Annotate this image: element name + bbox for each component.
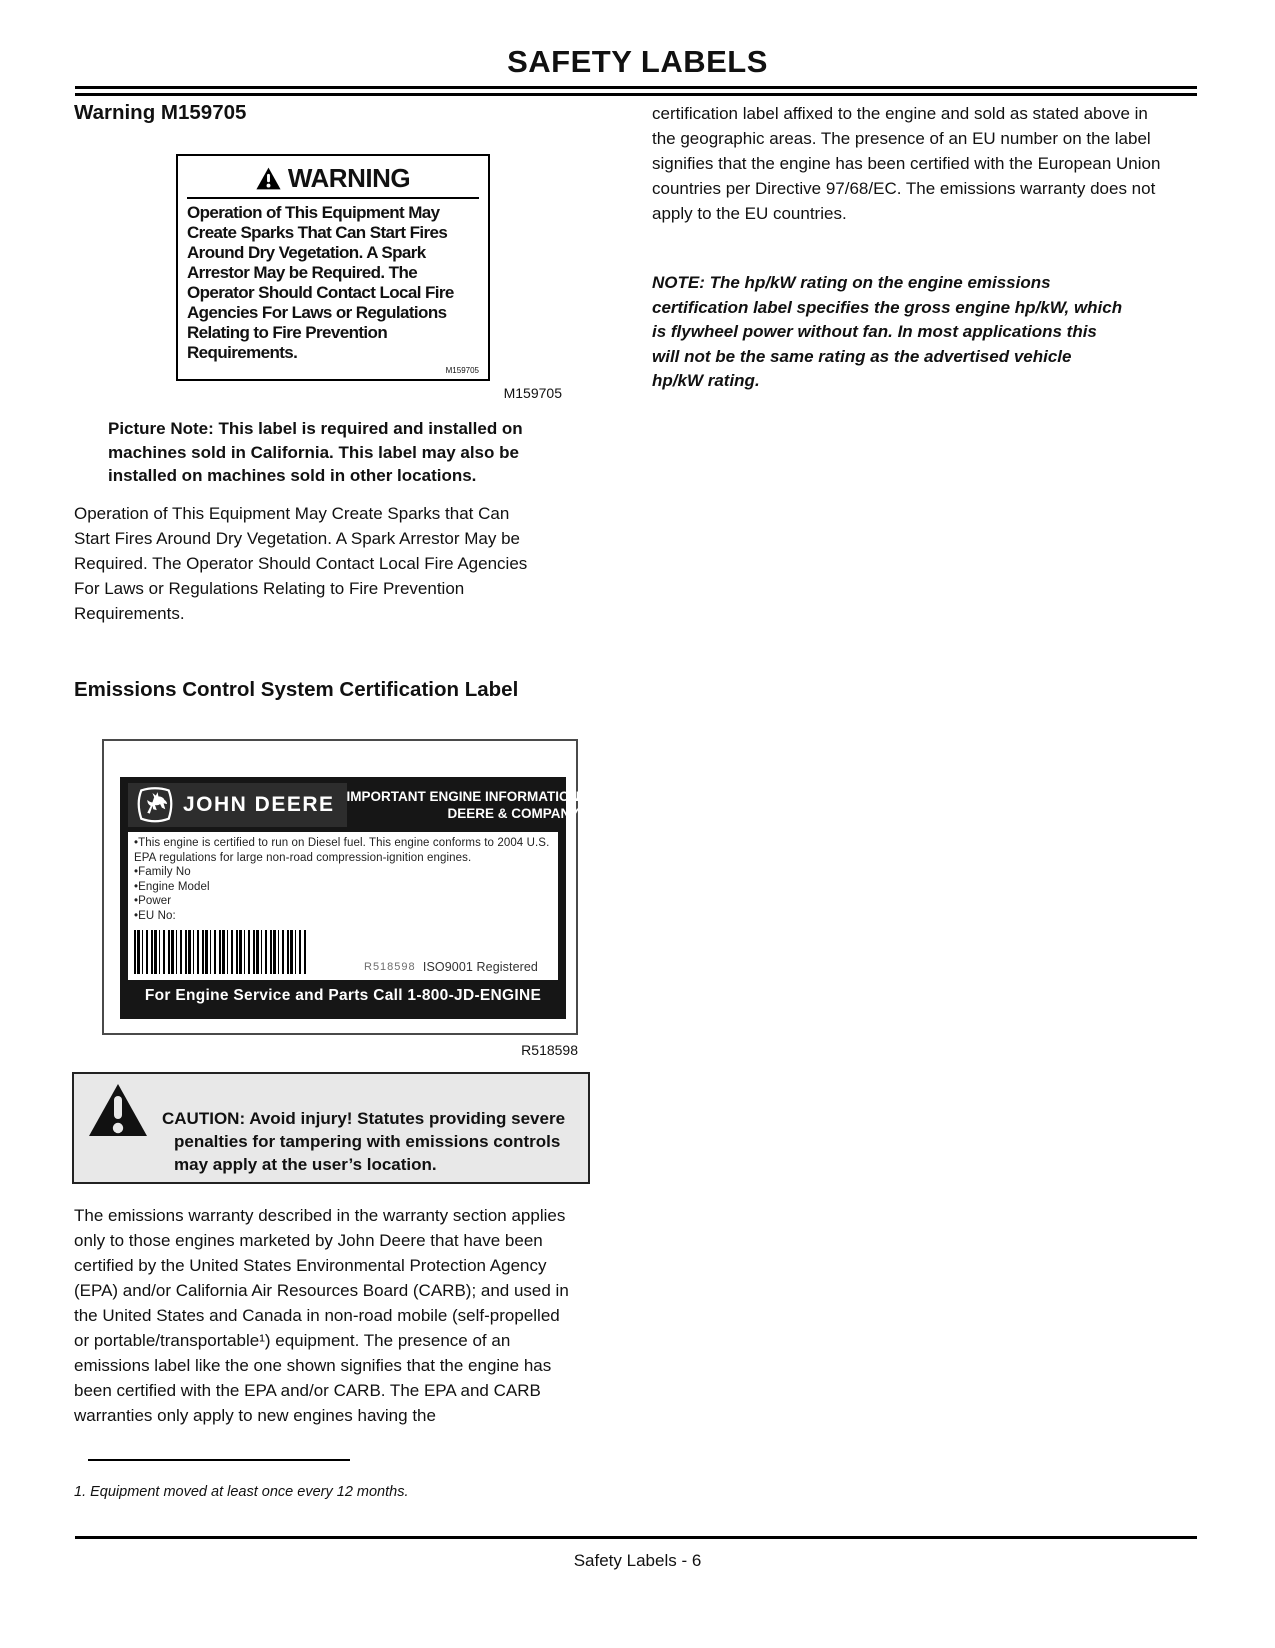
section-heading-warning: Warning M159705 [74, 101, 246, 125]
eu-no-line: •EU No: [134, 909, 552, 924]
warning-label-text: Operation of This Equipment May Create S… [187, 203, 479, 363]
certification-label-figure: JOHN DEERE IMPORTANT ENGINE INFORMATION … [102, 739, 578, 1035]
engine-service-line: For Engine Service and Parts Call 1-800-… [120, 980, 566, 1019]
footnote: 1. Equipment moved at least once every 1… [74, 1484, 409, 1500]
footer-rule [75, 1536, 1197, 1539]
page-footer: Safety Labels - 6 [0, 1551, 1275, 1571]
emissions-warranty-paragraph: The emissions warranty described in the … [74, 1203, 579, 1428]
caution-box: CAUTION: Avoid injury! Statutes providin… [72, 1072, 590, 1184]
figure-caption: M159705 [176, 385, 562, 401]
caution-triangle-icon [88, 1083, 148, 1137]
label-code-text: R518598 [364, 960, 416, 975]
figure-caption: R518598 [102, 1042, 578, 1058]
deere-company-line: DEERE & COMPANY [347, 805, 580, 822]
page-title: SAFETY LABELS [0, 44, 1275, 80]
picture-note: Picture Note: This label is required and… [108, 417, 588, 488]
power-line: •Power [134, 894, 552, 909]
engine-model-line: •Engine Model [134, 880, 552, 895]
warning-label-part-number: M159705 [187, 366, 479, 375]
footnote-rule [88, 1459, 350, 1461]
certification-paragraph: certification label affixed to the engin… [652, 101, 1174, 226]
warning-signal-word: WARNING [288, 163, 410, 194]
john-deere-deer-icon [136, 787, 174, 823]
important-engine-info-line: IMPORTANT ENGINE INFORMATION [347, 788, 580, 805]
john-deere-logo: JOHN DEERE [128, 783, 347, 827]
certification-label-title: IMPORTANT ENGINE INFORMATION DEERE & COM… [347, 788, 580, 822]
engine-info-line: •This engine is certified to run on Dies… [134, 836, 552, 865]
warning-paragraph: Operation of This Equipment May Create S… [74, 501, 544, 626]
warning-triangle-icon [256, 167, 281, 190]
iso-registered-text: ISO9001 Registered [423, 960, 538, 975]
warning-label-divider [187, 197, 479, 199]
warning-label-figure: WARNING Operation of This Equipment May … [176, 154, 490, 381]
family-no-line: •Family No [134, 865, 552, 880]
certification-label-header: JOHN DEERE IMPORTANT ENGINE INFORMATION … [120, 777, 566, 832]
header-double-rule [75, 86, 1197, 96]
warning-label-header: WARNING [187, 161, 479, 197]
manual-page: SAFETY LABELS Warning M159705 WARNING Op… [0, 0, 1275, 1648]
brand-name: JOHN DEERE [183, 793, 335, 817]
barcode-row: R518598 ISO9001 Registered [134, 930, 552, 974]
note-paragraph: NOTE: The hp/kW rating on the engine emi… [652, 271, 1124, 394]
barcode [134, 930, 306, 974]
caution-text: CAUTION: Avoid injury! Statutes providin… [74, 1074, 588, 1176]
certification-label: JOHN DEERE IMPORTANT ENGINE INFORMATION … [120, 777, 566, 1019]
section-heading-emissions: Emissions Control System Certification L… [74, 678, 518, 702]
certification-label-body: •This engine is certified to run on Dies… [128, 832, 558, 980]
